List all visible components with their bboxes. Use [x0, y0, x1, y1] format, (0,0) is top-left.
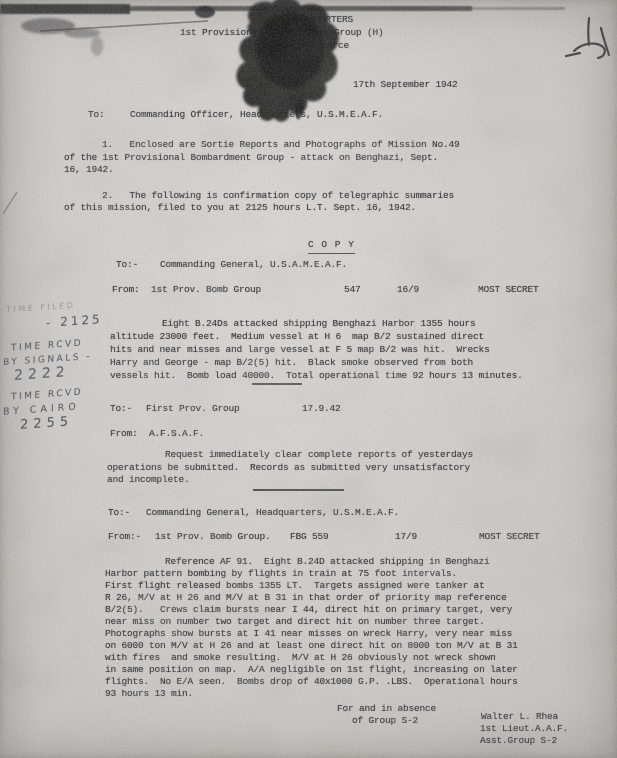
- paragraph-2: 2. The following is confirmation copy of…: [64, 190, 454, 214]
- typed-line: flights. No E/A seen. Bombs drop of 40x1…: [105, 676, 518, 688]
- to-value: Commanding Officer, Headquarters, U.S.M.…: [130, 109, 383, 121]
- letterhead-line-3: East Air Force: [272, 40, 349, 52]
- margin-note: TIME FILED: [6, 301, 75, 315]
- msg2-to-value: First Prov. Group: [146, 403, 240, 415]
- msg3-classification: MOST SECRET: [479, 531, 540, 543]
- msg1-date: 16/9: [397, 284, 419, 296]
- typed-line: near miss on number two target and direc…: [105, 616, 518, 628]
- msg2-date: 17.9.42: [302, 403, 341, 415]
- msg3-from-label: From:-: [108, 531, 141, 543]
- typed-line: and incomplete.: [107, 474, 473, 487]
- typed-line: operations be submitted. Records as subm…: [107, 462, 473, 475]
- msg1-body: Eight B.24Ds attacked shipping Benghazi …: [110, 317, 523, 382]
- typed-line: R 26, M/V at H 26 and M/V at B 31 in tha…: [105, 592, 518, 604]
- letterhead-line-1: HEADQUARTERS: [287, 14, 353, 26]
- margin-note: 2255: [20, 414, 73, 433]
- typed-line: Request immediately clear complete repor…: [107, 449, 473, 462]
- paragraph-1: 1. Enclosed are Sortie Reports and Photo…: [64, 139, 460, 177]
- msg1-to-label: To:-: [116, 259, 138, 271]
- to-label: To:: [88, 109, 105, 121]
- date-line: 17th September 1942: [353, 79, 458, 91]
- msg2-to-label: To:-: [110, 403, 132, 415]
- corner-scribble: [566, 18, 609, 58]
- typed-line: on 6000 ton M/V at H 26 and at least one…: [105, 640, 518, 652]
- closing-line-2: of Group S-2: [352, 715, 418, 727]
- margin-note: TIME RCVD: [11, 387, 83, 402]
- msg3-from-value: 1st Prov. Bomb Group.: [155, 531, 271, 543]
- msg3-date: 17/9: [395, 531, 417, 543]
- msg3-to-value: Commanding General, Headquarters, U.S.M.…: [146, 507, 399, 519]
- margin-note: 2222: [14, 364, 70, 384]
- msg3-body: Reference AF 91. Eight B.24D attacked sh…: [105, 556, 518, 700]
- msg1-to-value: Commanding General, U.S.A.M.E.A.F.: [160, 259, 347, 271]
- margin-note: - 2125: [46, 312, 103, 330]
- typed-line: Harry and George - map B/2(5) hit. Black…: [110, 356, 523, 369]
- typed-line: 93 hours 13 min.: [105, 688, 518, 700]
- typed-line: Reference AF 91. Eight B.24D attacked sh…: [105, 556, 518, 568]
- typed-line: B/2(5). Crews claim bursts near I 44, di…: [105, 604, 518, 616]
- typed-line: Photographs show bursts at I 41 near mis…: [105, 628, 518, 640]
- typed-line: altitude 23000 feet. Medium vessel at H …: [110, 330, 523, 343]
- typed-line: 1. Enclosed are Sortie Reports and Photo…: [64, 139, 460, 152]
- margin-note: TIME RCVD: [11, 338, 83, 353]
- closing-line-1: For and in absence: [337, 703, 436, 715]
- copy-heading: C O P Y: [308, 239, 355, 254]
- signature-rank: 1st Lieut.A.A.F.: [480, 723, 568, 735]
- typed-line: 2. The following is confirmation copy of…: [64, 190, 454, 202]
- msg1-from-label: From:: [112, 284, 140, 296]
- typed-line: with fires and smoke resulting. M/V at H…: [105, 652, 518, 664]
- typed-line: of the 1st Provisional Bombardment Group…: [64, 152, 460, 165]
- typed-line: hits and near misses and large vessel at…: [110, 343, 523, 356]
- msg2-from-value: A.F.S.A.F.: [149, 428, 204, 440]
- msg1-from-value: 1st Prov. Bomb Group: [151, 284, 261, 296]
- typed-line: Eight B.24Ds attacked shipping Benghazi …: [110, 317, 523, 330]
- typed-line: First flight released bombs 1355 LT. Tar…: [105, 580, 518, 592]
- typed-line: Harbor pattern bombing by flights in tra…: [105, 568, 518, 580]
- signature-title: Asst.Group S-2: [480, 735, 557, 747]
- msg1-classification: MOST SECRET: [478, 284, 539, 296]
- signature-name: Walter L. Rhea: [481, 711, 558, 723]
- typed-line: in same position on map. A/A negligible …: [105, 664, 518, 676]
- typed-line: of this mission, filed to you at 2125 ho…: [64, 202, 454, 214]
- msg3-serial: FBG 559: [290, 531, 329, 543]
- msg2-body: Request immediately clear complete repor…: [107, 449, 473, 487]
- msg1-serial: 547: [344, 284, 361, 296]
- msg3-to-label: To:-: [108, 507, 130, 519]
- letterhead-line-2: 1st Provisional Bombardment Group (H): [180, 27, 384, 39]
- typed-line: 16, 1942.: [64, 164, 460, 177]
- msg2-from-label: From:: [110, 428, 138, 440]
- scan-edge-bar: [0, 4, 565, 14]
- typed-line: vessels hit. Bomb load 40000. Total oper…: [110, 369, 523, 382]
- scanned-document-page: HEADQUARTERS 1st Provisional Bombardment…: [0, 0, 617, 758]
